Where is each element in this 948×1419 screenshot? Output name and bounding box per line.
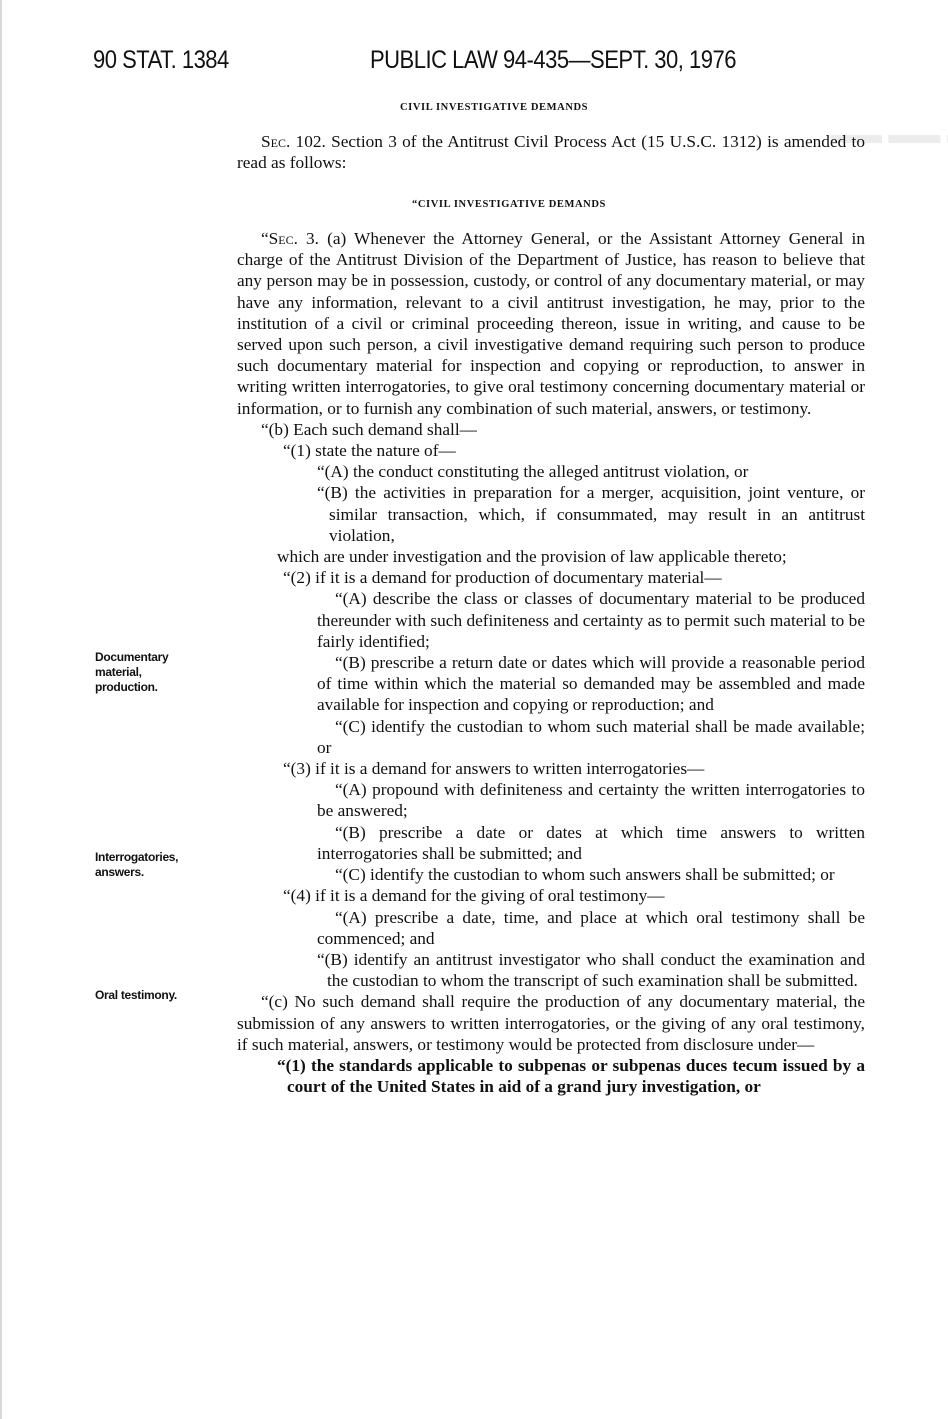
sec-3a-text: 3. (a) Whenever the Attorney General, or… (237, 229, 865, 418)
sec-3b-intro: “(b) Each such demand shall— (237, 419, 865, 440)
sec-3b-4: “(4) if it is a demand for the giving of… (237, 885, 865, 906)
sec-3b-2-C: “(C) identify the custodian to whom such… (317, 716, 865, 758)
sec-3c-1: “(1) the standards applicable to subpena… (277, 1055, 865, 1097)
sec-3b-2-A: “(A) describe the class or classes of do… (317, 588, 865, 652)
sec-3c-intro: “(c) No such demand shall require the pr… (237, 991, 865, 1055)
sec-102-paragraph: Sec. 102. Section 3 of the Antitrust Civ… (237, 131, 865, 173)
margin-note-oral-testimony: Oral testimony. (95, 988, 225, 1003)
section-102: Sec. 102. Section 3 of the Antitrust Civ… (237, 131, 865, 173)
sec-102-text: 102. Section 3 of the Antitrust Civil Pr… (237, 132, 865, 172)
sec-3b-4-A: “(A) prescribe a date, time, and place a… (317, 907, 865, 949)
margin-note-documentary: Documentary material, production. (95, 650, 195, 695)
margin-note-interrogatories: Interrogatories, answers. (95, 850, 205, 880)
sec-3b-3-B: “(B) prescribe a date or dates at which … (317, 822, 865, 864)
sec-label: Sec. (269, 229, 298, 248)
sec-3b-1-A: “(A) the conduct constituting the allege… (317, 461, 865, 482)
page-reference: 90 STAT. 1384 (93, 45, 229, 75)
section-3-body: “Sec. 3. (a) Whenever the Attorney Gener… (237, 228, 865, 1097)
subsection-heading: “CIVIL INVESTIGATIVE DEMANDS (412, 199, 606, 210)
section-heading: CIVIL INVESTIGATIVE DEMANDS (400, 102, 588, 113)
sec-3b-1-tail: which are under investigation and the pr… (277, 546, 865, 567)
sec-3b-3-C: “(C) identify the custodian to whom such… (317, 864, 865, 885)
sec-label: Sec. (261, 132, 290, 151)
quote-mark: “ (261, 229, 269, 248)
sec-3b-2-B: “(B) prescribe a return date or dates wh… (317, 652, 865, 716)
sec-3b-2: “(2) if it is a demand for production of… (237, 567, 865, 588)
sec-3a: “Sec. 3. (a) Whenever the Attorney Gener… (237, 228, 865, 419)
sec-3b-3-A: “(A) propound with definiteness and cert… (317, 779, 865, 821)
page-edge (0, 0, 2, 1419)
sec-3b-1-B: “(B) the activities in preparation for a… (317, 482, 865, 546)
sec-3b-1: “(1) state the nature of— (237, 440, 865, 461)
running-title: PUBLIC LAW 94-435—SEPT. 30, 1976 (370, 45, 736, 75)
sec-3b-3: “(3) if it is a demand for answers to wr… (237, 758, 865, 779)
sec-3b-4-B: “(B) identify an antitrust investigator … (317, 949, 865, 991)
